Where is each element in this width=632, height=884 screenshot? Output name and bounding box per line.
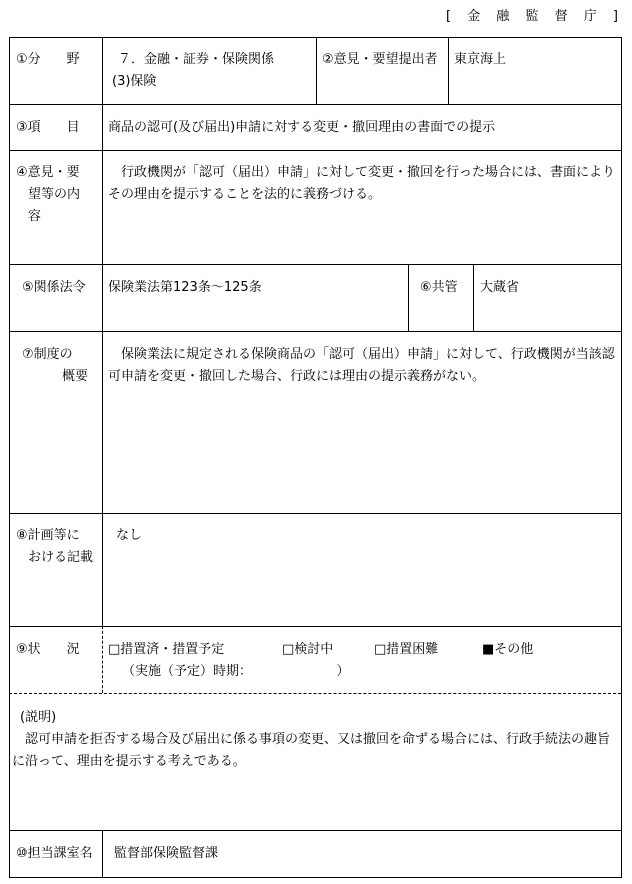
table-border-right <box>621 37 622 878</box>
label-column-divider <box>102 830 103 877</box>
row-divider-dashed <box>9 693 621 694</box>
submitter-label: ②意見・要望提出者 <box>322 49 438 71</box>
column-divider <box>473 264 474 331</box>
request-content: 行政機関が「認可（届出）申請」に対して変更・撤回を行った場合には、書面によりその… <box>108 162 618 206</box>
column-divider <box>316 37 317 104</box>
row-divider <box>9 104 621 105</box>
schedule-text: （実施（予定）時期： ） <box>122 661 350 683</box>
request-label: ④意見・要 <box>16 162 80 184</box>
label-column-divider <box>102 37 103 626</box>
system-overview-content: 保険業法に規定される保険商品の「認可（届出）申請」に対して、行政機関が当該認可申… <box>108 344 618 388</box>
plan-label: ⑧計画等に <box>16 525 80 547</box>
item-label: ③項 目 <box>16 117 80 139</box>
field-value-sub: (3)保険 <box>112 71 156 93</box>
explanation-heading: (説明) <box>20 707 56 729</box>
row-divider <box>9 150 621 151</box>
row-divider <box>9 626 621 627</box>
department-label: ⑩担当課室名 <box>16 843 93 865</box>
label-column-divider-dashed <box>102 626 103 693</box>
row-divider <box>9 513 621 514</box>
column-divider <box>408 264 409 331</box>
row-divider <box>9 331 621 332</box>
field-label: ①分 野 <box>16 49 80 71</box>
joint-jurisdiction-label: ⑥共管 <box>420 277 458 299</box>
plan-value: なし <box>116 525 142 547</box>
explanation-content: 認可申請を拒否する場合及び届出に係る事項の変更、又は撤回を命ずる場合には、行政手… <box>12 729 618 773</box>
table-border-left <box>9 37 10 878</box>
table-border-bottom <box>9 877 621 878</box>
status-label: ⑨状 況 <box>16 639 80 661</box>
related-law-value: 保険業法第123条〜125条 <box>108 277 262 299</box>
item-value: 商品の認可(及び届出)申請に対する変更・撤回理由の書面での提示 <box>108 117 495 139</box>
joint-jurisdiction-value: 大蔵省 <box>480 277 519 299</box>
agency-name: [ 金 融 監 督 庁 ] <box>446 6 624 28</box>
column-divider <box>448 37 449 104</box>
status-option-under-review[interactable]: □検討中 <box>282 639 333 661</box>
related-law-label: ⑤関係法令 <box>22 277 86 299</box>
row-divider <box>9 830 621 831</box>
status-option-difficult[interactable]: □措置困難 <box>374 639 438 661</box>
request-label: 容 <box>28 206 41 228</box>
system-overview-label: 概要 <box>62 366 88 388</box>
system-overview-label: ⑦制度の <box>22 344 73 366</box>
table-border-top <box>9 37 621 38</box>
row-divider <box>9 264 621 265</box>
department-value: 監督部保険監督課 <box>114 843 218 865</box>
status-option-implemented[interactable]: □措置済・措置予定 <box>108 639 224 661</box>
submitter-value: 東京海上 <box>454 49 506 71</box>
plan-label: おける記載 <box>28 547 93 569</box>
request-label: 望等の内 <box>28 184 80 206</box>
field-value: ７．金融・証券・保険関係 <box>118 49 274 71</box>
status-option-other[interactable]: ■その他 <box>482 639 533 661</box>
